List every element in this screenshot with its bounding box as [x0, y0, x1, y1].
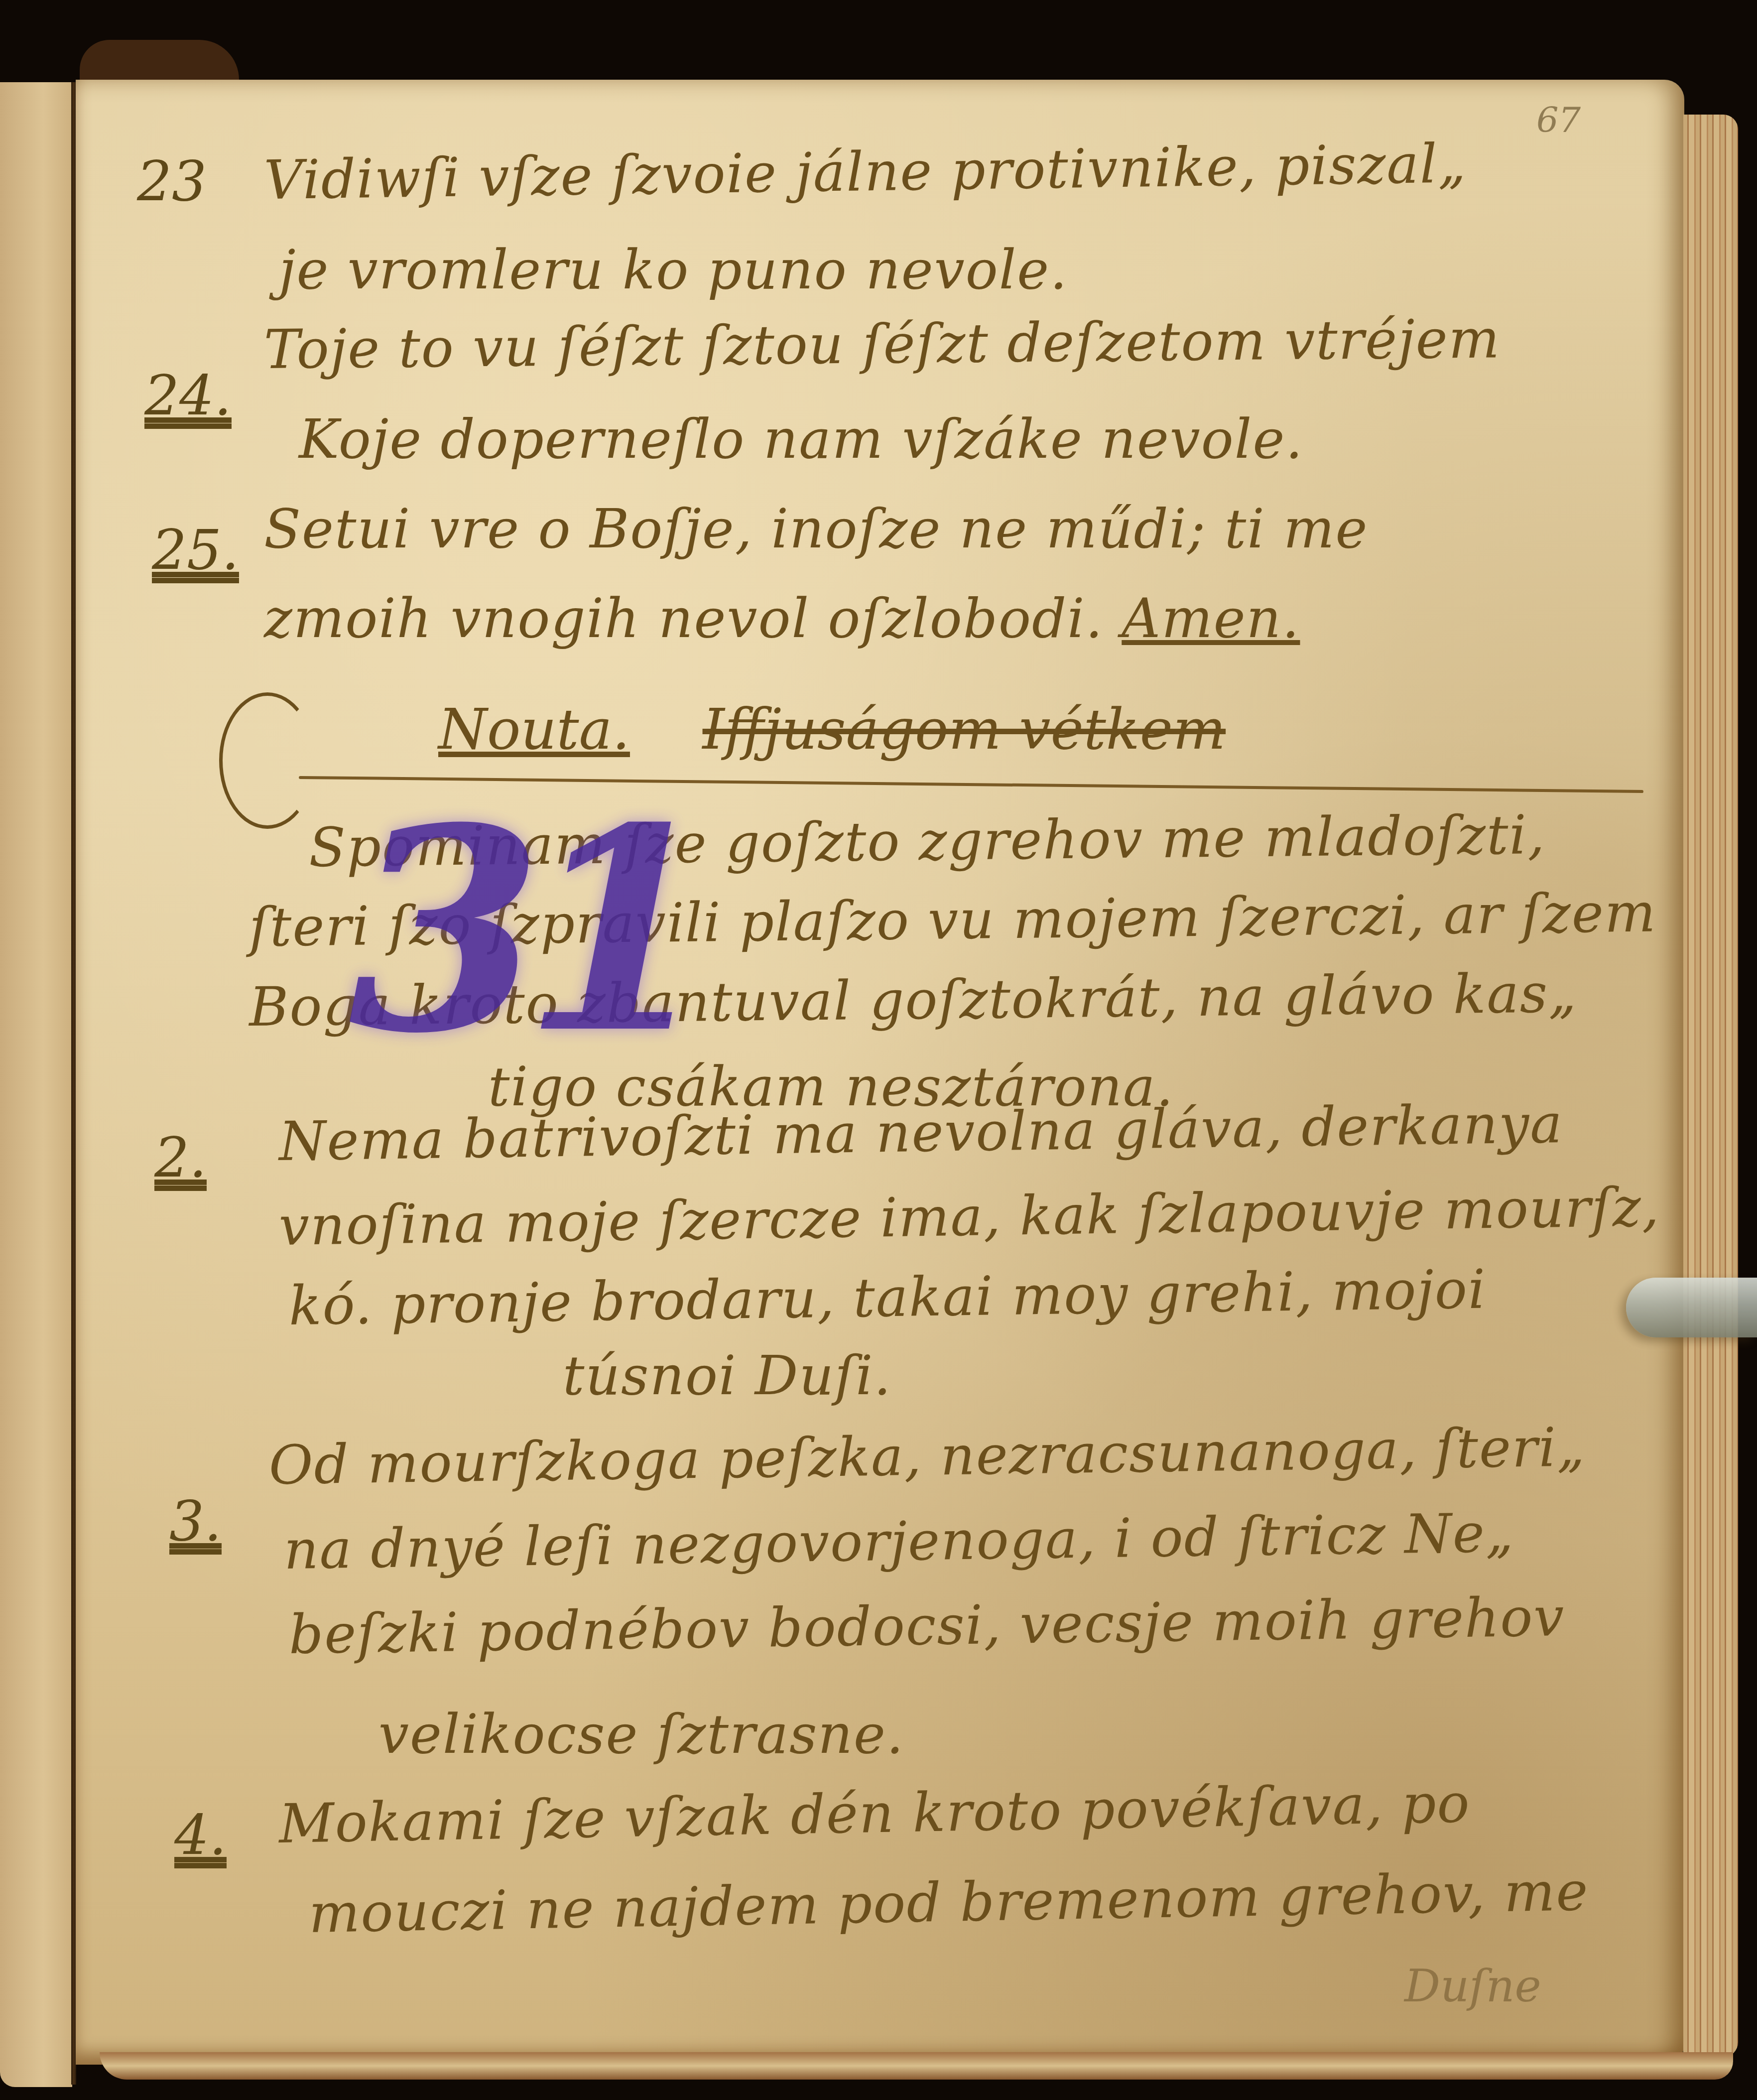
verse-number: 4. [174, 1803, 227, 1867]
verse-line: Koje doperneſlo nam vſzáke nevole. [299, 408, 1304, 471]
verse-line: Setui vre o Boſje, inoſze ne műdi; ti me [264, 498, 1368, 560]
verse-line: zmoih vnogih nevol oſzlobodi. Amen. [264, 588, 1300, 650]
verse-number: 3. [169, 1489, 222, 1553]
amen-text: Amen. [1122, 588, 1300, 650]
page-bottom-edge [100, 2052, 1733, 2080]
verse-line: túsnoi Duſi. [563, 1345, 892, 1407]
verse-line: velikocse ſztrasne. [378, 1704, 904, 1766]
verse-number: 25. [152, 518, 239, 582]
heading-label: Nouta. [438, 697, 630, 762]
verse-line: je vromleru ko puno nevole. [279, 239, 1068, 301]
folio-mark: 67 [1536, 100, 1581, 140]
verse-number: 23 [137, 149, 207, 213]
archive-stamp-number: 31 [349, 767, 697, 1095]
verse-line: Toje to vu ſéſzt ſztou ſéſzt deſzetom vt… [263, 308, 1501, 381]
torn-spine-fragment [80, 40, 239, 85]
verse-number: 24. [144, 364, 232, 427]
heading-tune: Iffjuságom vétkem [703, 697, 1226, 762]
catchword: Duſne [1404, 1960, 1541, 2012]
facing-page-edge [0, 82, 72, 2087]
verse-number: 2. [154, 1126, 207, 1189]
page-stack-edge [1683, 115, 1738, 2057]
initial-flourish [219, 692, 316, 829]
hymn-heading: Nouta. Iffjuságom vétkem [438, 697, 1226, 762]
verse-line-text: zmoih vnogih nevol oſzlobodi. [264, 588, 1104, 650]
page-clip [1626, 1278, 1757, 1337]
